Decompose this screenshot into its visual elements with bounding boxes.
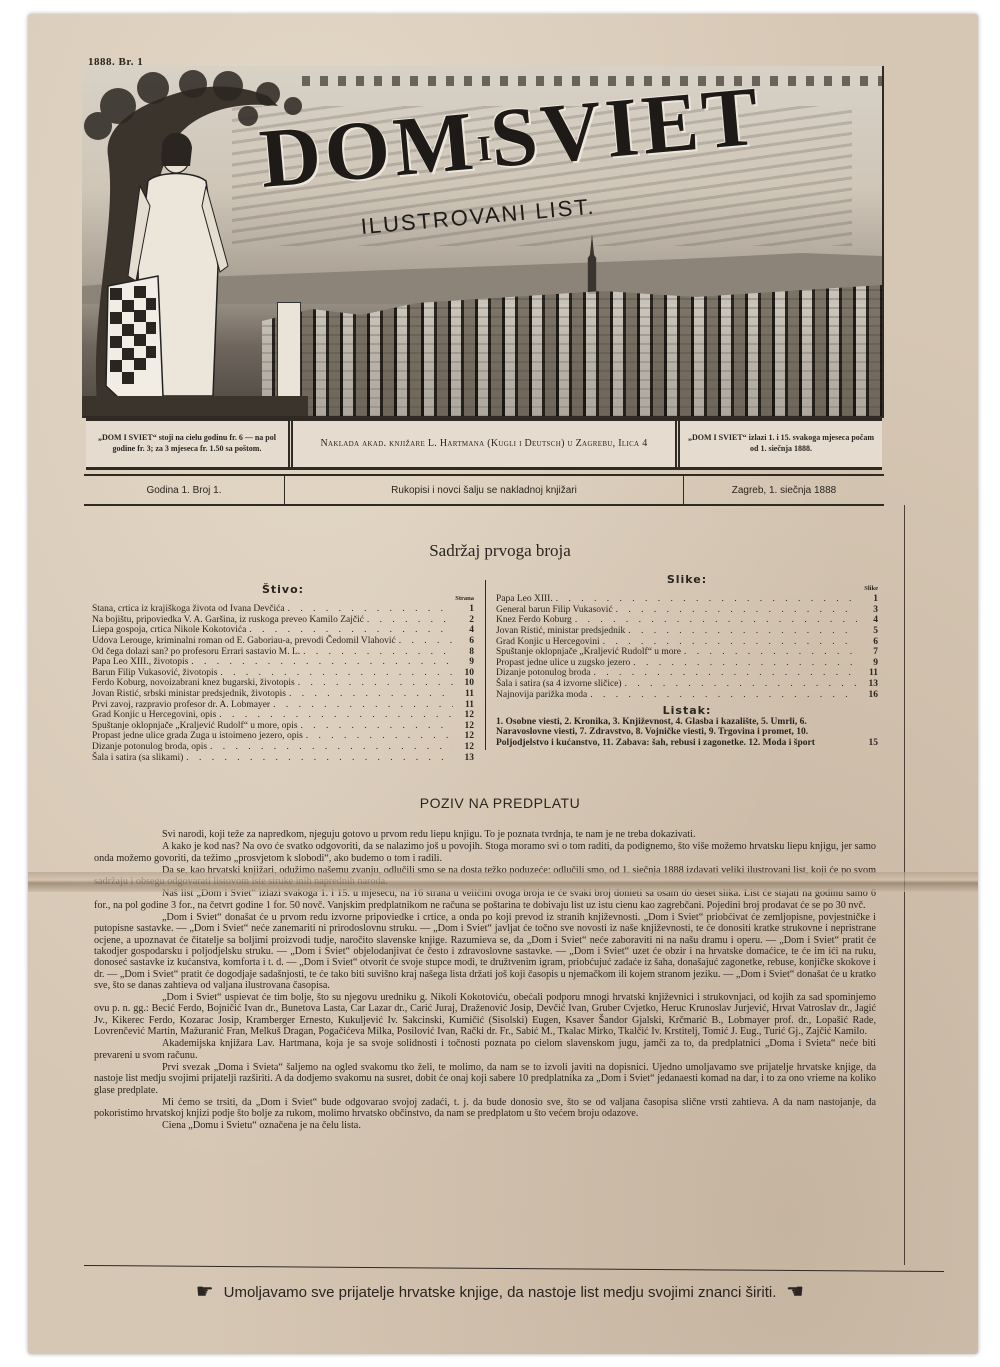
contents-entry-title: Ferdo Koburg, novoizabrani knez bugarski… [92,678,295,689]
dot-leader [220,668,453,679]
contents-entry-title: Dizanje potonulog broda [496,668,590,679]
manuscripts-note: Rukopisi i novci šalju se nakladnoj knji… [285,476,684,504]
article-paragraph: Akademijska knjižara Lav. Hartmana, koja… [94,1038,876,1061]
contents-entry-page: 10 [456,668,474,679]
contents-entry-page: 8 [456,647,474,658]
contents-entry-page: 10 [456,678,474,689]
article-paragraph: Prvi svezak „Doma i Svieta“ šaljemo na o… [94,1062,876,1096]
dot-leader [625,679,857,690]
contents-row: Udova Lerouge, kriminalni roman od E. Ga… [92,636,474,647]
article-paragraph: Mi ćemo se trsiti, da „Dom i Sviet“ bude… [94,1097,876,1120]
contents-entry-title: Propast jedne ulice grada Zuga u istoime… [92,731,303,742]
contents-entry-title: Knez Ferdo Koburg [496,615,572,626]
article-paragraph: Svi narodi, koji teže za napredkom, njeg… [94,829,876,840]
contents-entry-page: 12 [456,742,474,753]
dot-leader [556,594,857,605]
contents-entry-page: 12 [456,721,474,732]
contents-entry-title: Šala i satira (sa slikami) [92,753,183,764]
masthead-info-bar: „DOM I SVIET“ stoji na cielu godinu fr. … [86,418,882,470]
contents-entry-page: 1 [860,594,878,605]
dot-leader [575,615,857,626]
contents-row: Spuštanje oklopnjače „Kraljević Rudolf“ … [496,647,878,658]
contents-entry-title: Stana, crtica iz krajiškoga života od Iv… [92,604,285,615]
pointing-hand-right-icon: ☛ [196,1282,214,1302]
year-issue: Godina 1. Broj 1. [84,476,285,504]
contents-stivo: Štivo: Strana Stana, crtica iz krajiškog… [92,585,474,763]
dot-leader [249,625,453,636]
dot-leader [306,731,453,742]
contents-entry-title: Udova Lerouge, kriminalni roman od E. Ga… [92,636,396,647]
contents-row: Grad Konjic u Hercegovini6 [496,637,878,648]
title-dom: DOM [256,94,481,206]
contents-row: Papa Leo XIII., životopis9 [92,657,474,668]
contents-entry-page: 11 [456,700,474,711]
contents-row: Dizanje potonulog broda, opis12 [92,742,474,753]
contents-entry-page: 16 [860,690,878,701]
listak-text: 1. Osobne viesti, 2. Kronika, 3. Književ… [496,717,852,749]
dot-leader [628,626,857,637]
dot-leader [303,647,453,658]
contents-row: Ferdo Koburg, novoizabrani knez bugarski… [92,678,474,689]
dot-leader [186,753,453,764]
contents-entry-title: Jovan Ristić, ministar predsjednik [496,626,625,637]
contents-row: Prvi zavoj, razpravio profesor dr. A. Lo… [92,700,474,711]
contents-row: Šala i satira (sa slikami)13 [92,753,474,764]
footer-text: Umoljavamo sve prijatelje hrvatske knjig… [224,1284,777,1301]
pointing-hand-left-icon: ☛ [786,1282,804,1302]
article-paragraph: „Dom i Sviet“ uspievat će tim bolje, što… [94,992,876,1037]
dot-leader [399,636,453,647]
contents-entry-title: Od čega dolazi san? po profesoru Errari … [92,647,300,658]
article-paragraph: Ciena „Domu i Svietu“ označena je na čel… [94,1120,876,1131]
contents-row: General barun Filip Vukasović3 [496,605,878,616]
dot-leader [367,615,453,626]
dot-leader [219,710,453,721]
masthead-illustration: DOMISVIET ILUSTROVANI LIST. [82,66,884,418]
article-paragraph: „Dom i Sviet“ donašat će u prvom redu iz… [94,912,876,991]
contents-row: Grad Konjic u Hercegovini, opis12 [92,710,474,721]
contents-slike: Slike: Slike Papa Leo XIII.1General baru… [496,575,878,749]
dot-leader [301,721,453,732]
contents-row: Najnovija parižka moda16 [496,690,878,701]
contents-entry-title: Šala i satira (sa 4 izvorne sličice) [496,679,622,690]
masthead: 1888. Br. 1 [82,52,882,472]
article-paragraph: A kako je kod nas? Na ovo će svatko odgo… [94,841,876,864]
contents-title: Sadržaj prvoga broja [0,541,1000,561]
contents-entry-title: Propast jedne ulice u zugsko jezero [496,658,630,669]
contents-row: Liepa gospoja, crtica Nikole Kokotovića4 [92,625,474,636]
contents-row: Stana, crtica iz krajiškoga života od Iv… [92,604,474,615]
contents-entry-page: 13 [860,679,878,690]
dot-leader [273,700,453,711]
contents-entry-page: 2 [456,615,474,626]
dot-leader [684,647,857,658]
stivo-column-label: Strana [455,594,474,605]
dot-leader [298,678,453,689]
listak-heading: Listak: [496,706,878,717]
contents-row: Knez Ferdo Koburg4 [496,615,878,626]
footer-appeal: ☛ Umoljavamo sve prijatelje hrvatske knj… [110,1282,890,1302]
dot-leader [633,658,857,669]
dot-leader [289,689,453,700]
contents-entry-title: Papa Leo XIII., životopis [92,657,188,668]
contents-entry-page: 1 [456,604,474,615]
contents-row: Jovan Ristić, ministar predsjednik5 [496,626,878,637]
publisher-info: Naklada akad. knjižare L. Hartmana (Kugl… [293,421,680,467]
dot-leader [603,637,857,648]
contents-row: Na bojištu, pripoviedka V. A. Garšina, i… [92,615,474,626]
dot-leader [593,668,857,679]
contents-row: Jovan Ristić, srbski ministar predsjedni… [92,689,474,700]
contents-entry-title: Najnovija parižka moda [496,690,587,701]
contents-entry-page: 4 [456,625,474,636]
contents-entry-page: 11 [456,689,474,700]
contents-divider [485,580,486,750]
contents-entry-title: Barun Filip Vukasović, životopis [92,668,217,679]
contents-entry-title: Spuštanje oklopnjače „Kraljević Rudolf“ … [496,647,681,658]
contents-entry-title: Dizanje potonulog broda, opis [92,742,207,753]
contents-entry-page: 6 [456,636,474,647]
contents-entry-page: 3 [860,605,878,616]
contents-row: Šala i satira (sa 4 izvorne sličice)13 [496,679,878,690]
contents-entry-title: Liepa gospoja, crtica Nikole Kokotovića [92,625,246,636]
vine-leaves [882,76,884,418]
contents-entry-title: Grad Konjic u Hercegovini [496,637,600,648]
contents-entry-page: 12 [456,731,474,742]
dot-leader [210,742,453,753]
contents-entry-title: Jovan Ristić, srbski ministar predsjedni… [92,689,286,700]
slike-list: Papa Leo XIII.1General barun Filip Vukas… [496,594,878,700]
contents-entry-title: Grad Konjic u Hercegovini, opis [92,710,216,721]
article-title: POZIV NA PREDPLATU [0,795,1000,811]
dot-leader [191,657,453,668]
publication-schedule-info: „DOM I SVIET“ izlazi 1. i 15. svakoga mj… [680,421,882,467]
contents-entry-page: 12 [456,710,474,721]
contents-row: Od čega dolazi san? po profesoru Errari … [92,647,474,658]
contents-entry-title: Papa Leo XIII. [496,594,553,605]
listak-page: 15 [852,738,878,749]
stivo-list: Stana, crtica iz krajiškoga života od Iv… [92,604,474,763]
listak-entry: 1. Osobne viesti, 2. Kronika, 3. Književ… [496,717,878,749]
contents-entry-title: Spuštanje oklopnjače „Kraljević Rudolf“ … [92,721,298,732]
contents-entry-page: 4 [860,615,878,626]
contents-row: Barun Filip Vukasović, životopis10 [92,668,474,679]
slike-column-label: Slike [864,584,878,595]
dot-leader [616,605,857,616]
contents-entry-page: 13 [456,753,474,764]
dot-leader [590,690,857,701]
contents-entry-page: 5 [860,626,878,637]
contents-row: Propast jedne ulice u zugsko jezero9 [496,658,878,669]
contents-entry-page: 6 [860,637,878,648]
contents-row: Dizanje potonulog broda11 [496,668,878,679]
contents-entry-page: 9 [860,658,878,669]
contents-entry-title: Prvi zavoj, razpravio profesor dr. A. Lo… [92,700,270,711]
contents-entry-page: 7 [860,647,878,658]
paper-fold-crease [28,872,978,892]
dot-leader [288,604,453,615]
contents-row: Spuštanje oklopnjače „Kraljević Rudolf“ … [92,721,474,732]
contents-row: Papa Leo XIII.1 [496,594,878,605]
contents-entry-title: Na bojištu, pripoviedka V. A. Garšina, i… [92,615,364,626]
issue-date: Zagreb, 1. siečnja 1888 [684,476,884,504]
contents-entry-title: General barun Filip Vukasović [496,605,613,616]
dateline: Godina 1. Broj 1. Rukopisi i novci šalju… [84,474,884,506]
contents-entry-page: 11 [860,668,878,679]
contents-row: Propast jedne ulice grada Zuga u istoime… [92,731,474,742]
contents-entry-page: 9 [456,657,474,668]
subscription-price-info: „DOM I SVIET“ stoji na cielu godinu fr. … [86,421,293,467]
